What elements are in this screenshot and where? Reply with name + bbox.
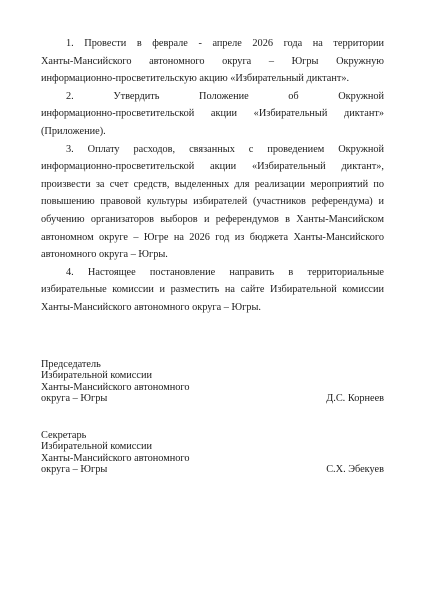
text-line: 1. Провести в феврале - апреле 2026 года… bbox=[41, 35, 384, 53]
text-line: 3. Оплату расходов, связанных с проведен… bbox=[41, 141, 384, 159]
document-page: 1. Провести в феврале - апреле 2026 года… bbox=[0, 0, 424, 600]
text-line: информационно-просветительской акции «Из… bbox=[41, 105, 384, 123]
text-line: (Приложение). bbox=[41, 123, 384, 141]
text-line: 4. Настоящее постановление направить в т… bbox=[41, 264, 384, 282]
paragraph-item-3: 3. Оплату расходов, связанных с проведен… bbox=[41, 141, 384, 264]
text-line: автономного округа – Югры. bbox=[41, 246, 384, 264]
signature-name: С.Х. Эбекуев bbox=[326, 464, 384, 475]
signature-role-line: Ханты-Мансийского автономного bbox=[41, 382, 384, 393]
text-line: избирательные комиссии и разместить на с… bbox=[41, 281, 384, 299]
paragraph-item-4: 4. Настоящее постановление направить в т… bbox=[41, 264, 384, 317]
signature-role-line: Избирательной комиссии bbox=[41, 370, 384, 381]
document-body: 1. Провести в феврале - апреле 2026 года… bbox=[41, 35, 384, 317]
signature-role-line: Избирательной комиссии bbox=[41, 441, 384, 452]
text-line: автономном округе – Югре на 2026 год из … bbox=[41, 229, 384, 247]
signature-block-secretary: Секретарь Избирательной комиссии Ханты-М… bbox=[41, 430, 384, 476]
text-line: Ханты-Мансийского автономного округа – Ю… bbox=[41, 53, 384, 71]
text-line: 2. Утвердить Положение об Окружной bbox=[41, 88, 384, 106]
signature-name: Д.С. Корнеев bbox=[326, 393, 384, 404]
signature-role-line: Ханты-Мансийского автономного bbox=[41, 453, 384, 464]
signature-role-line: Секретарь bbox=[41, 430, 384, 441]
signature-role-line: округа – Югры bbox=[41, 393, 107, 404]
paragraph-item-1: 1. Провести в феврале - апреле 2026 года… bbox=[41, 35, 384, 88]
text-line: повышению правовой культуры избирателей … bbox=[41, 193, 384, 211]
paragraph-item-2: 2. Утвердить Положение об Окружной инфор… bbox=[41, 88, 384, 141]
signature-block-chairman: Председатель Избирательной комиссии Хант… bbox=[41, 359, 384, 405]
text-line: информационно-просветительской акции «Из… bbox=[41, 158, 384, 176]
text-line: обучению организаторов выборов и референ… bbox=[41, 211, 384, 229]
signature-role-line: Председатель bbox=[41, 359, 384, 370]
signature-role-line: округа – Югры bbox=[41, 464, 107, 475]
text-line: Ханты-Мансийского автономного округа – Ю… bbox=[41, 299, 384, 317]
signature-row: округа – Югры С.Х. Эбекуев bbox=[41, 464, 384, 475]
signature-row: округа – Югры Д.С. Корнеев bbox=[41, 393, 384, 404]
text-line: информационно-просветительскую акцию «Из… bbox=[41, 70, 384, 88]
text-line: произвести за счет средств, выделенных д… bbox=[41, 176, 384, 194]
